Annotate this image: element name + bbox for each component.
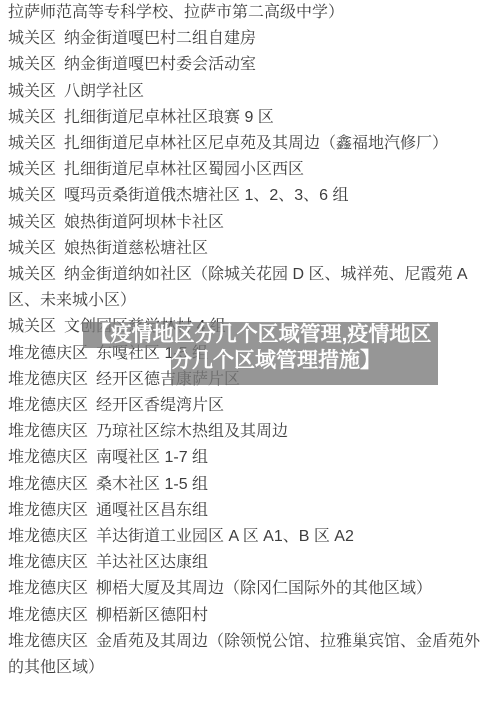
district-label: 堆龙德庆区: [8, 554, 88, 571]
district-label: 堆龙德庆区: [8, 476, 88, 493]
district-label: 城关区: [8, 135, 56, 152]
district-label: 城关区: [8, 266, 56, 283]
district-label: 堆龙德庆区: [8, 607, 88, 624]
list-row: 堆龙德庆区桑木社区 1-5 组: [8, 472, 492, 498]
district-label: 堆龙德庆区: [8, 345, 88, 362]
district-label: 城关区: [8, 318, 56, 335]
district-label: 堆龙德庆区: [8, 371, 88, 388]
district-label: 堆龙德庆区: [8, 633, 88, 650]
district-label: 城关区: [8, 109, 56, 126]
location-text: 扎细街道尼卓林社区尼卓苑及其周边（鑫福地汽修厂）: [64, 135, 448, 152]
list-row: 堆龙德庆区通嘎社区昌东组: [8, 498, 492, 524]
list-row: 城关区扎细街道尼卓林社区琅赛 9 区: [8, 105, 492, 131]
district-label: 堆龙德庆区: [8, 397, 88, 414]
location-text: 桑木社区 1-5 组: [96, 476, 208, 493]
watermark-title-line-1: 【疫情地区分几个区域管理,疫情地区: [83, 322, 438, 348]
location-text: 羊达街道工业园区 A 区 A1、B 区 A2: [96, 528, 354, 545]
location-text: 经开区香缇湾片区: [96, 397, 224, 414]
list-row: 堆龙德庆区柳梧新区德阳村: [8, 603, 492, 629]
district-label: 城关区: [8, 161, 56, 178]
district-label: 堆龙德庆区: [8, 449, 88, 466]
location-text: 纳金街道嘎巴村委会活动室: [64, 56, 256, 73]
district-label: 城关区: [8, 56, 56, 73]
district-label: 城关区: [8, 187, 56, 204]
list-row: 堆龙德庆区柳梧大厦及其周边（除冈仁国际外的其他区域）: [8, 576, 492, 602]
list-row: 城关区娘热街道慈松塘社区: [8, 236, 492, 262]
location-text: 娘热街道慈松塘社区: [64, 240, 208, 257]
location-text: 拉萨师范高等专科学校、拉萨市第二高级中学）: [8, 4, 344, 21]
location-text: 纳金街道嘎巴村二组自建房: [64, 30, 256, 47]
location-text: 扎细街道尼卓林社区蜀园小区西区: [64, 161, 304, 178]
district-label: 城关区: [8, 214, 56, 231]
list-row: 城关区纳金街道嘎巴村二组自建房: [8, 26, 492, 52]
list-row: 堆龙德庆区金盾苑及其周边（除领悦公馆、拉雅巢宾馆、金盾苑外的其他区域）: [8, 629, 492, 681]
list-row: 堆龙德庆区羊达街道工业园区 A 区 A1、B 区 A2: [8, 524, 492, 550]
list-row: 堆龙德庆区经开区香缇湾片区: [8, 393, 492, 419]
district-label: 城关区: [8, 83, 56, 100]
watermark-title-line-2: 分几个区域管理措施】: [171, 348, 438, 385]
location-text: 南嘎社区 1-7 组: [96, 449, 208, 466]
list-row: 城关区纳金街道纳如社区（除城关花园 D 区、城祥苑、尼霞苑 A 区、未来城小区）: [8, 262, 492, 314]
location-text: 扎细街道尼卓林社区琅赛 9 区: [64, 109, 274, 126]
district-label: 堆龙德庆区: [8, 502, 88, 519]
district-label: 堆龙德庆区: [8, 580, 88, 597]
district-label: 城关区: [8, 30, 56, 47]
location-text: 通嘎社区昌东组: [96, 502, 208, 519]
list-row: 堆龙德庆区羊达社区达康组: [8, 550, 492, 576]
list-row: 堆龙德庆区乃琼社区综木热组及其周边: [8, 419, 492, 445]
district-label: 堆龙德庆区: [8, 423, 88, 440]
list-row: 城关区扎细街道尼卓林社区尼卓苑及其周边（鑫福地汽修厂）: [8, 131, 492, 157]
list-row: 堆龙德庆区南嘎社区 1-7 组: [8, 445, 492, 471]
location-text: 羊达社区达康组: [96, 554, 208, 571]
list-row: 城关区嘎玛贡桑街道俄杰塘社区 1、2、3、6 组: [8, 183, 492, 209]
district-label: 堆龙德庆区: [8, 528, 88, 545]
location-text: 娘热街道阿坝林卡社区: [64, 214, 224, 231]
list-row: 拉萨师范高等专科学校、拉萨市第二高级中学）: [8, 0, 492, 26]
location-text: 柳梧大厦及其周边（除冈仁国际外的其他区域）: [96, 580, 432, 597]
location-text: 乃琼社区综木热组及其周边: [96, 423, 288, 440]
location-text: 嘎玛贡桑街道俄杰塘社区 1、2、3、6 组: [64, 187, 349, 204]
article-page: 拉萨师范高等专科学校、拉萨市第二高级中学）城关区纳金街道嘎巴村二组自建房城关区纳…: [0, 0, 500, 706]
list-row: 城关区娘热街道阿坝林卡社区: [8, 210, 492, 236]
list-row: 城关区八朗学社区: [8, 79, 492, 105]
location-text: 柳梧新区德阳村: [96, 607, 208, 624]
list-row: 城关区纳金街道嘎巴村委会活动室: [8, 52, 492, 78]
location-text: 纳金街道纳如社区（除城关花园 D 区、城祥苑、尼霞苑 A 区、未来城小区）: [8, 266, 467, 309]
list-row: 城关区扎细街道尼卓林社区蜀园小区西区: [8, 157, 492, 183]
district-label: 城关区: [8, 240, 56, 257]
location-text: 八朗学社区: [64, 83, 144, 100]
